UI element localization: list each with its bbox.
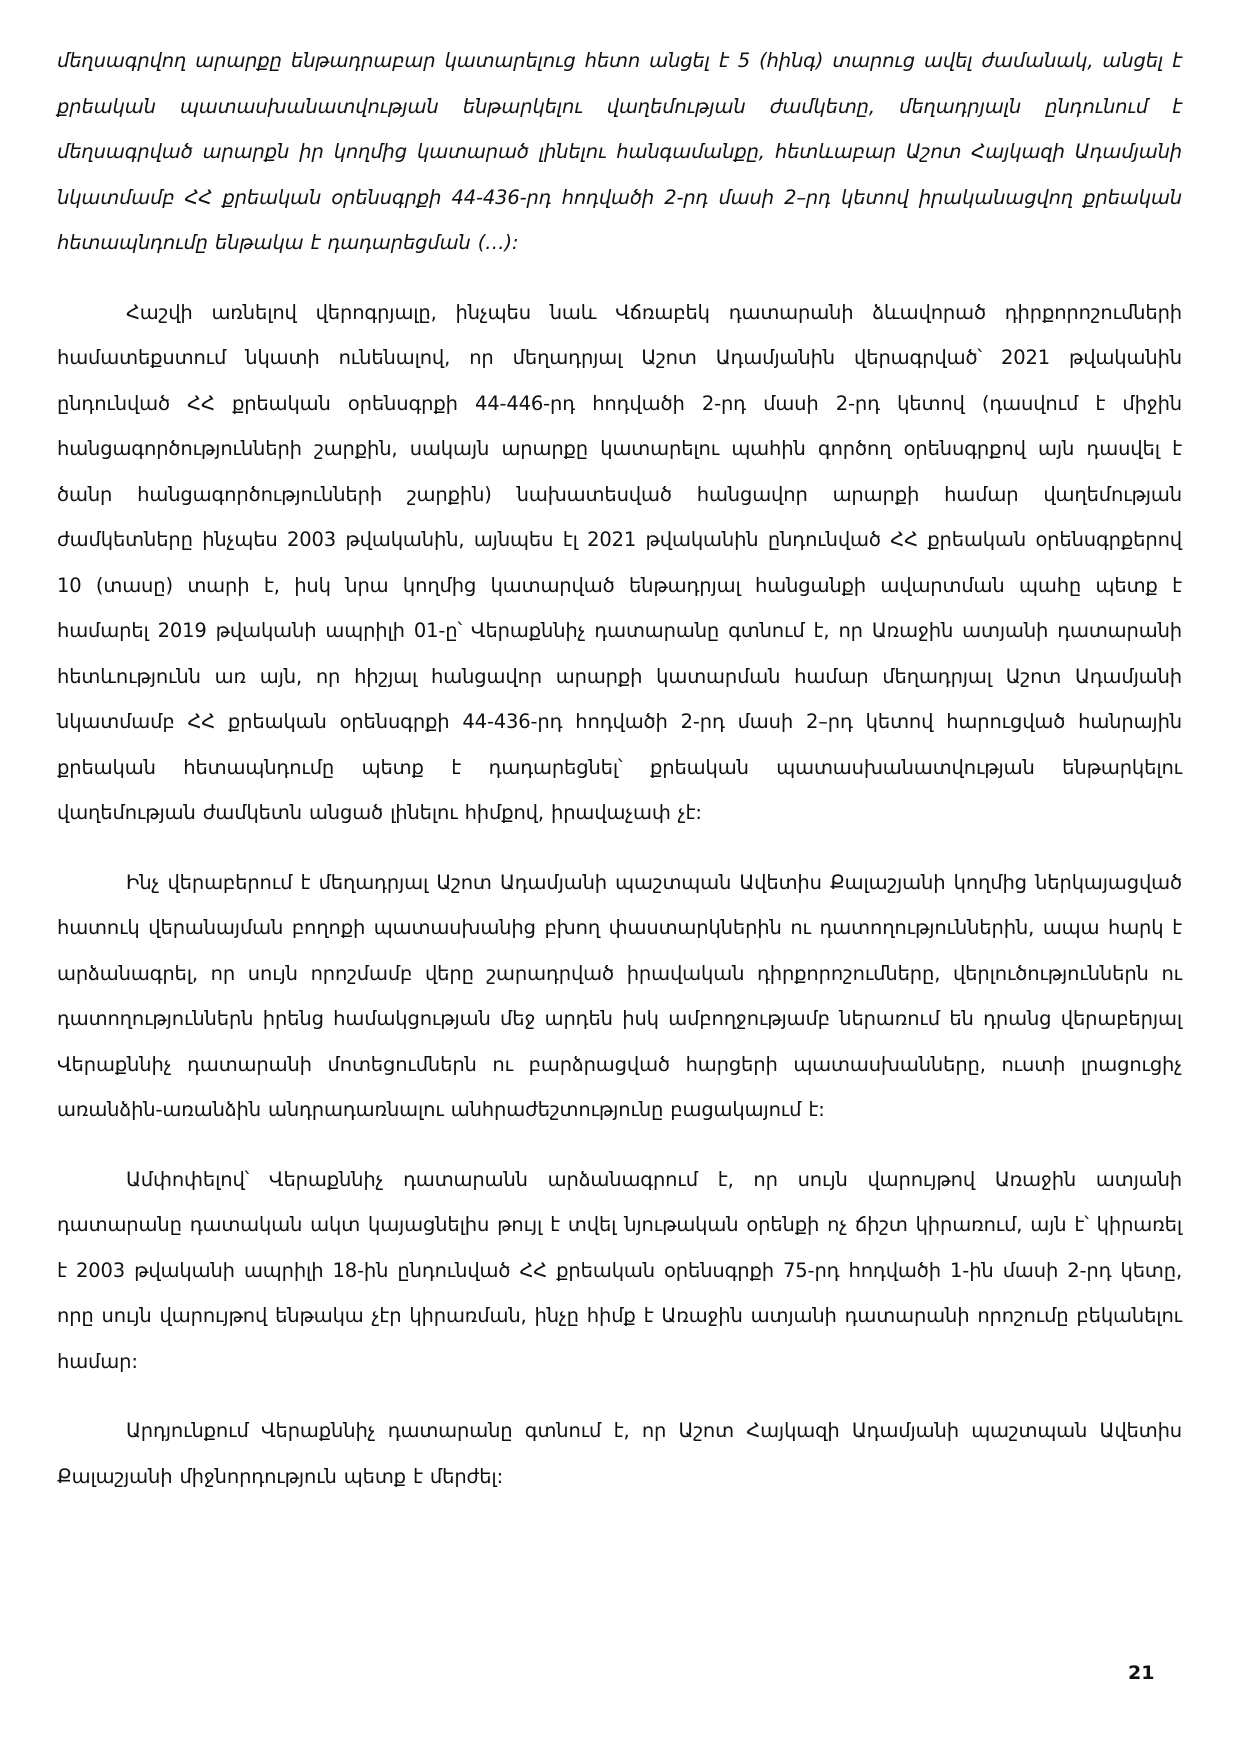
paragraph-conclusion: Արդյունքում Վերաքննիչ դատարանը գտնում է,… xyxy=(57,1408,1182,1499)
page-number: 21 xyxy=(1128,1662,1154,1684)
paragraph-defense-arguments: Ինչ վերաբերում է մեղադրյալ Աշոտ Ադամյանի… xyxy=(57,860,1182,1133)
paragraph-summary: Ամփոփելով՝ Վերաքննիչ դատարանն արձանագրու… xyxy=(57,1157,1182,1385)
paragraph-quoted-continuation: մեղսագրվող արարքը ենթադրաբար կատարելուց … xyxy=(57,38,1182,266)
document-page: մեղսագրվող արարքը ենթադրաբար կատարելուց … xyxy=(57,38,1182,1499)
paragraph-court-reasoning: Հաշվի առնելով վերոգրյալը, ինչպես նաև Վճռ… xyxy=(57,290,1182,836)
